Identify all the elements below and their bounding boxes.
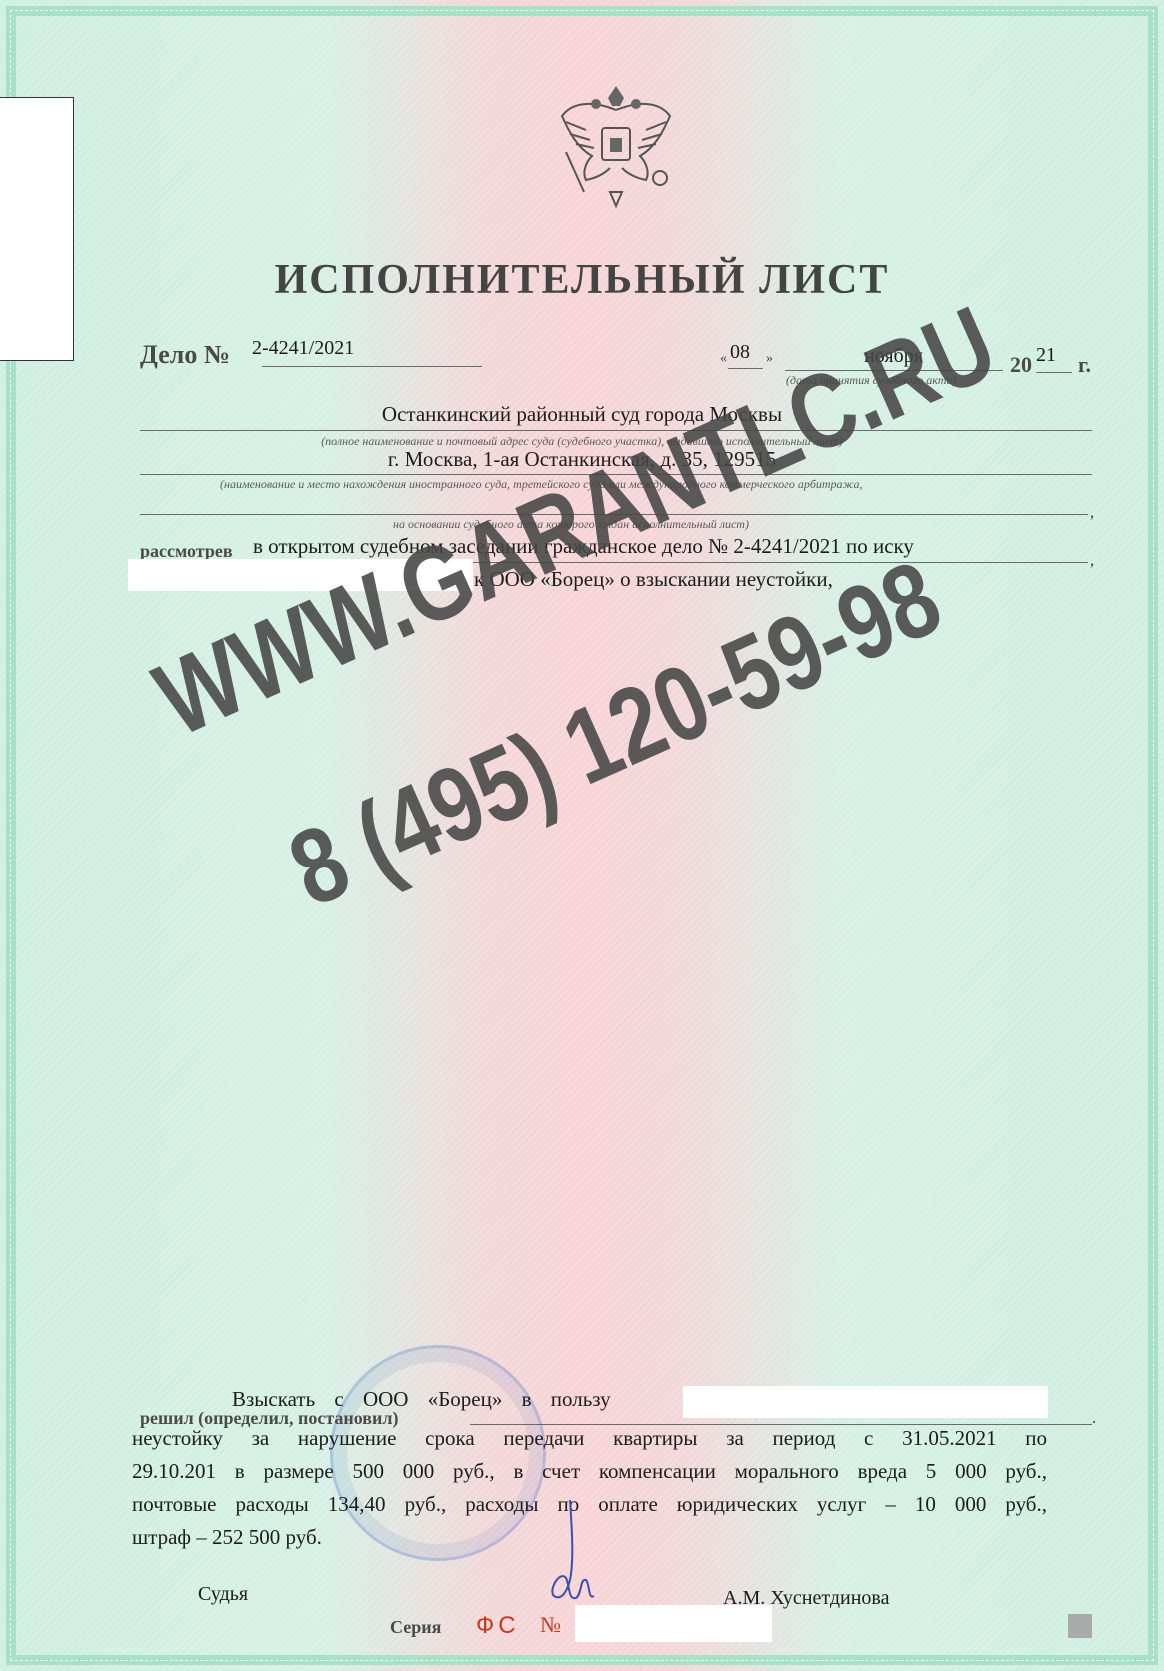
decision-period: . [1092, 1410, 1096, 1428]
considered-comma: , [1090, 552, 1094, 570]
decision-line-2: 29.10.201 в размере 500 000 руб., в счет… [132, 1455, 1047, 1488]
date-year-suffix: 21 [1036, 344, 1056, 367]
date-year-prefix: 20 [1010, 352, 1032, 378]
date-open-quote: « [720, 351, 727, 367]
redacted-series-number [575, 1605, 772, 1642]
decision-line-4: штраф – 252 500 руб. [132, 1521, 322, 1554]
judge-signature-icon [530, 1500, 610, 1610]
blank-line-comma: , [1090, 504, 1094, 522]
case-number-underline [262, 366, 482, 367]
case-number-value: 2-4241/2021 [252, 337, 354, 360]
court-name: Останкинский районный суд города Москвы [0, 402, 1164, 427]
case-number-label: Дело № [140, 340, 230, 370]
series-number-label: № [540, 1612, 561, 1638]
redacted-beneficiary-name [683, 1386, 1048, 1418]
series-label: Серия [390, 1617, 441, 1638]
redacted-side-block [0, 97, 74, 361]
russian-coat-of-arms-icon [556, 82, 676, 210]
date-day: 08 [730, 341, 750, 364]
court-name-underline [140, 430, 1092, 431]
document-title: ИСПОЛНИТЕЛЬНЫЙ ЛИСТ [0, 256, 1164, 304]
decision-line-1: неустойку за нарушение срока передачи кв… [132, 1422, 1047, 1455]
date-close-quote: » [766, 351, 773, 367]
series-code: ФС [476, 1612, 520, 1640]
date-day-underline [728, 368, 763, 369]
date-year-unit: г. [1078, 352, 1091, 378]
judge-role: Судья [198, 1583, 248, 1606]
grey-marker-square [1068, 1614, 1092, 1638]
date-year-underline [1036, 372, 1072, 373]
